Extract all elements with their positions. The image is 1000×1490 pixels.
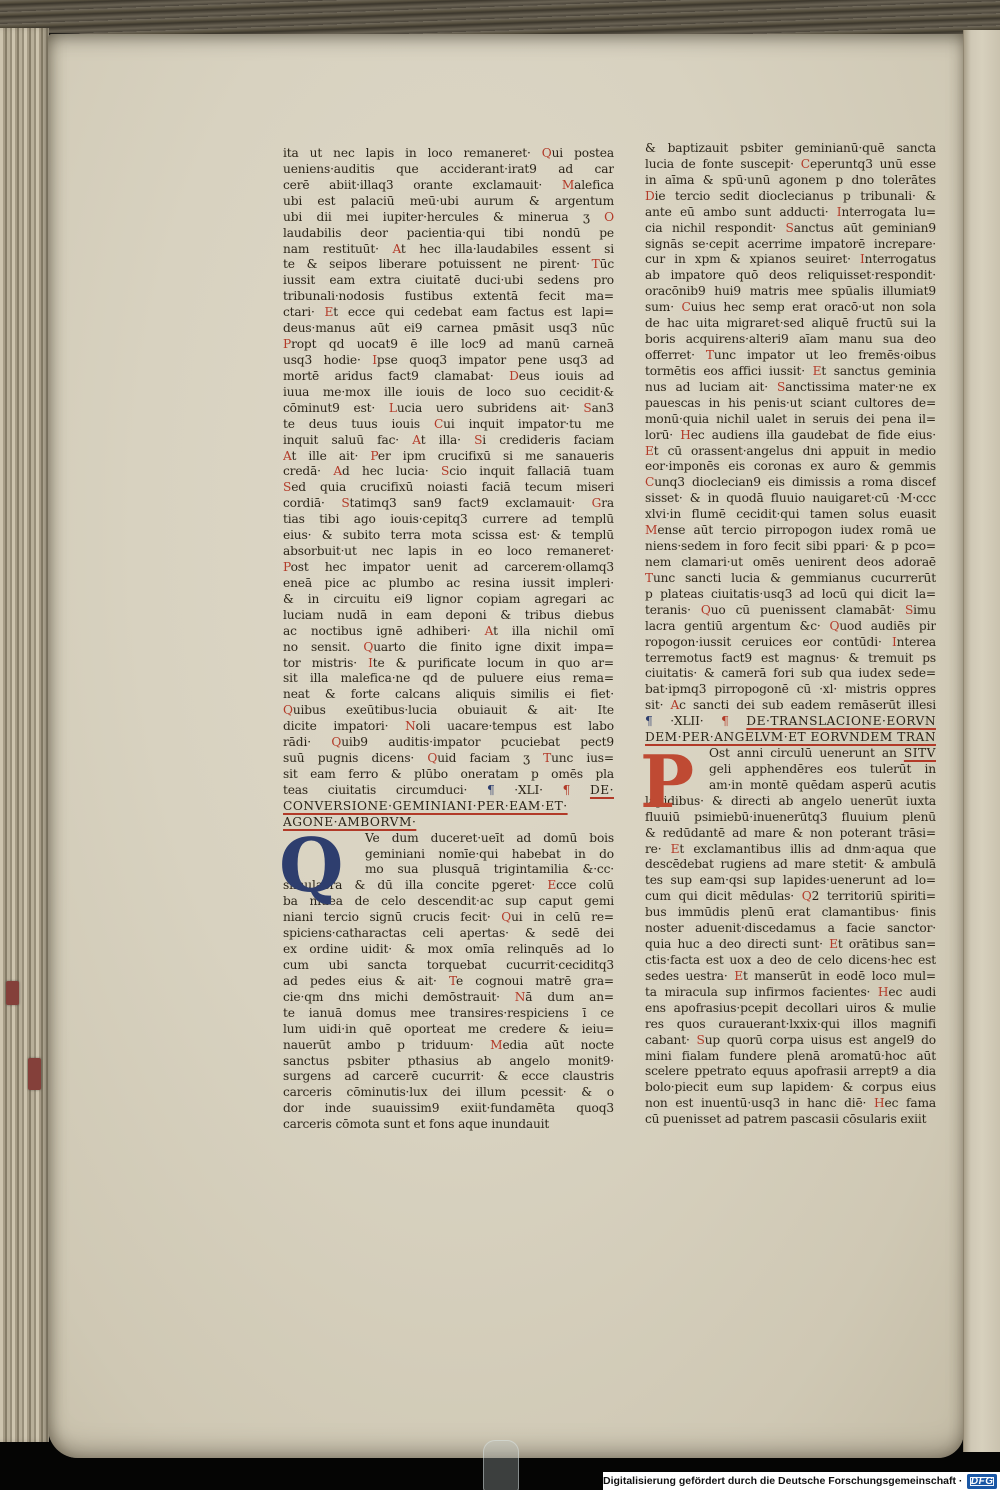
text-line: Tunc sancti lucia & gemmianus cucurrerūt — [645, 571, 936, 587]
body-text: cū puenisset ad patrem pascasii cōsulari… — [645, 1112, 926, 1126]
body-text: ec fama — [885, 1096, 937, 1110]
text-line: Post hec impator uenit ad carcerem·ollam… — [283, 560, 614, 576]
body-text: eperuntq3 unū esse — [810, 157, 936, 171]
rubric-text: T — [592, 257, 600, 271]
body-text: inquit saluū fac· — [283, 433, 412, 447]
chapter-heading-text: CONVERSIONE·GEMINIANI·PER·EAM·ET· — [283, 799, 568, 813]
text-line: cum qui dicit mēdulas· Q2 territoriū spi… — [645, 889, 936, 905]
rubric-text: M — [645, 523, 657, 537]
rubric-text: P — [283, 560, 291, 574]
body-text: nterrogatus — [865, 252, 936, 266]
body-text: ec audiens illa gaudebat de fide eius· — [691, 428, 936, 442]
rubric-text: Q — [427, 751, 437, 765]
body-text: t ille ait· — [291, 449, 370, 463]
body-text: te & seipos liberare potuissent ne piren… — [283, 257, 592, 271]
body-text: quia huc a deo directi sunt· — [645, 937, 829, 951]
text-line: te & seipos liberare potuissent ne piren… — [283, 257, 614, 273]
illuminated-initial-q: Q — [279, 838, 343, 896]
text-line: lacra gentiū argentum &c· Quod audiēs pi… — [645, 619, 936, 635]
text-line: iuua me·mox ille iouis de loco suo cecid… — [283, 385, 614, 401]
text-line: cum ubi sancta torquebat cucurrit·cecidi… — [283, 958, 614, 974]
body-text: sedes uestra· — [645, 969, 734, 983]
rubric-text: N — [515, 990, 526, 1004]
body-text: luciam nudā in eam deponi & tribus diebu… — [283, 608, 614, 622]
body-text: nauerūt ambo p triduum· — [283, 1038, 490, 1052]
body-text: cabant· — [645, 1033, 697, 1047]
text-line: spiciens·catharactas celi apertas· & sed… — [283, 926, 614, 942]
body-text: terremotus fact9 est magnus· & tremuit p… — [645, 651, 936, 665]
body-text: & baptizauit psbiter geminianū·quē sanct… — [645, 141, 936, 155]
body-text: edia aūt nocte — [502, 1038, 614, 1052]
body-text: oracōnib9 hui9 matris mee spūalis illumi… — [645, 284, 936, 298]
text-line: Quibus exeūtibus·lucia obuiauit & ait· I… — [283, 703, 614, 719]
rubric-text: S — [441, 464, 449, 478]
rubric-text: Q — [802, 889, 812, 903]
rubric-text: S — [777, 380, 785, 394]
rubric-text: H — [680, 428, 690, 442]
body-text: t hec illa·laudabiles essent si — [401, 242, 614, 256]
rubric-text: H — [874, 1096, 884, 1110]
rubric-text: N — [405, 719, 416, 733]
text-line: cordiā· Statimq3 san9 fact9 exclamauit· … — [283, 496, 614, 512]
text-line: eor·imponēs eis coronas ex auro & gemmis — [645, 459, 936, 475]
rubric-text: A — [485, 624, 493, 638]
page-gutter — [963, 30, 1000, 1452]
body-text: & in circuitu ei9 lignor copiam agregari… — [283, 592, 614, 606]
text-line: dicite impatori· Noli uacare·tempus est … — [283, 719, 614, 735]
body-text: ui postea — [552, 146, 614, 160]
rubric-text: P — [370, 449, 378, 463]
body-text: tormētis eos affici iussit· — [645, 364, 813, 378]
body-text: ita ut nec lapis in loco remaneret· — [283, 146, 542, 160]
body-text: deus·manus aūt ei9 carnea pmāsit usq3 nū… — [283, 321, 614, 335]
text-line: Et cū orassent·angelus dni appuit in med… — [645, 444, 936, 460]
body-text: neat & forte calcans aliquis similis ei … — [283, 687, 614, 701]
text-line: ctis·facta est uox a deo de celo dicens·… — [645, 953, 936, 969]
body-text: e cognoui matrē gra= — [456, 974, 614, 988]
body-text: cio inquit fallaciā tuam — [449, 464, 614, 478]
text-line: in aīma & spū·unū agonem p dno tolerātes — [645, 173, 936, 189]
body-text: laudabilis deor pacientia·qui tibi nondū… — [283, 226, 614, 240]
body-text: ed quia crucifixū noiasti faciā tecum mi… — [291, 480, 614, 494]
body-text: descēdebat rugiens ad mare stetit· & amb… — [645, 857, 936, 871]
body-text: t ecce qui cedebat eam factus est lapi= — [333, 305, 614, 319]
body-text: ac noctibus ignē adhiberi· — [283, 624, 485, 638]
body-text: te & purificate locum in quo ar= — [373, 656, 614, 670]
body-text: ubi est palaciū meū·ubi aurum & argentum — [283, 194, 614, 208]
body-text: uarto die finito igne dixit impa= — [373, 640, 614, 654]
body-text: mini fialam fundere plenā aromatū·hoc aū… — [645, 1049, 936, 1063]
body-text: p plateas ciuitatis·usq3 ad locū qui dic… — [645, 587, 936, 601]
rubric-text: S — [905, 603, 913, 617]
rubric-text: E — [829, 937, 838, 951]
body-text: t manserūt in eodē loco mul= — [743, 969, 936, 983]
body-text: tribunali·nodosis fustibus extentā fecit… — [283, 289, 614, 303]
text-line: te ianuā domus mee transires·respiciens … — [283, 1006, 614, 1022]
text-line: deus·manus aūt ei9 carnea pmāsit usq3 nū… — [283, 321, 614, 337]
body-text: ta miracula sup infirmos facientes· — [645, 985, 878, 999]
body-text: sanctus psbiter pthasius ab angelo monit… — [283, 1054, 614, 1068]
body-text: cōminut9 est· — [283, 401, 389, 415]
chapter-heading-text: DE· — [590, 783, 614, 797]
body-text: cce colū — [556, 878, 614, 892]
body-text: scelere ppetrato equus apofrasii arrept9… — [645, 1064, 936, 1078]
text-line: ¶ ·XLII· ¶ DE·TRANSLACIONE·EORVN — [645, 714, 936, 730]
body-text: 2 territoriū spiriti= — [812, 889, 936, 903]
body-text: absorbuit·ut nec lapis in eo loco remane… — [283, 544, 614, 558]
body-text: niani tercio signū crucis fecit· — [283, 910, 501, 924]
rubric-text: C — [434, 417, 443, 431]
book-photo: ita ut nec lapis in loco remaneret· Qui … — [0, 0, 1000, 1490]
text-line: mini fialam fundere plenā aromatū·hoc aū… — [645, 1049, 936, 1065]
text-line: ubi est palaciū meū·ubi aurum & argentum — [283, 194, 614, 210]
rubric-text: ¶ — [721, 714, 746, 728]
rubric-text: Q — [331, 735, 341, 749]
text-line: sit illa malefica·ne qd de puluere eius … — [283, 671, 614, 687]
body-text: uo cū puenissent clamabāt· — [711, 603, 905, 617]
body-text: non est inuentū·usq3 in hanc diē· — [645, 1096, 874, 1110]
rubric-text: M — [562, 178, 574, 192]
rubric-text: Q — [829, 619, 839, 633]
pilcrow-mark: ¶ — [487, 783, 495, 797]
body-text: ūc — [600, 257, 614, 271]
body-text: ad pedes eius & ait· — [283, 974, 449, 988]
body-text: ropogon·iussit ceruices eor contūdi· — [645, 635, 892, 649]
body-text: t sanctus geminia — [821, 364, 936, 378]
text-line: sit eam ferro & plūbo oneratam p omēs pl… — [283, 767, 614, 783]
body-text: uib9 auditis·impator pcuciebat pect9 — [341, 735, 614, 749]
text-line: xlvi·in flumē cecidit·qui tamen solus eu… — [645, 507, 936, 523]
text-line: lucia de fonte suscepit· Ceperuntq3 unū … — [645, 157, 936, 173]
body-text: unq3 dioclecian9 eis dimissis a roma dis… — [654, 475, 936, 489]
text-line: laudabilis deor pacientia·qui tibi nondū… — [283, 226, 614, 242]
body-text: sum· — [645, 300, 681, 314]
text-line: boris acquirens·alteri9 aīam manu sua de… — [645, 332, 936, 348]
text-line: Propt qd uocat9 ē ille loc9 ad manū carn… — [283, 337, 614, 353]
body-text: cie·qm dns michi demōstrauit· — [283, 990, 515, 1004]
rubric-text: T — [449, 974, 456, 988]
body-text: ctis·facta est uox a deo de celo dicens·… — [645, 953, 936, 967]
text-line: credā· Ad hec lucia· Scio inquit fallaci… — [283, 464, 614, 480]
rubric-text: P — [283, 337, 291, 351]
rubric-text: C — [645, 475, 654, 489]
body-text: lacra gentiū argentum &c· — [645, 619, 829, 633]
rubric-text: H — [878, 985, 888, 999]
rubric-text: Q — [283, 703, 293, 717]
body-text: offerret· — [645, 348, 706, 362]
body-text: uius hec semp erat oracō·ut non sola — [691, 300, 936, 314]
rubric-text: T — [706, 348, 714, 362]
body-text: de hac uita migraret·sed aliquē fructū s… — [645, 316, 936, 330]
rubric-text: O — [604, 210, 614, 224]
body-text: no sensit. — [283, 640, 363, 654]
text-line: lum uidi·in quē oporteat me credere & ie… — [283, 1022, 614, 1038]
text-line: surgens ad carcerē cucurrit· & ecce clau… — [283, 1069, 614, 1085]
text-line: ubi dii mei iupiter·hercules & minerua ʒ… — [283, 210, 614, 226]
body-text: oli uacare·tempus est labo — [416, 719, 614, 733]
rubric-text: E — [645, 444, 654, 458]
dfg-credit-bar: Digitalisierung gefördert durch die Deut… — [603, 1472, 1000, 1490]
text-line: nauerūt ambo p triduum· Media aūt nocte — [283, 1038, 614, 1054]
body-text: imu — [913, 603, 936, 617]
rubric-text: S — [283, 480, 291, 494]
body-text: alefica — [574, 178, 614, 192]
body-text: res quos curauerant·lxxix·qui illos magn… — [645, 1017, 936, 1031]
body-text: credā· — [283, 464, 333, 478]
dfg-credit-text: Digitalisierung gefördert durch die Deut… — [603, 1475, 962, 1487]
text-column-right: & baptizauit psbiter geminianū·quē sanct… — [645, 141, 936, 1128]
body-text: spiciens·catharactas celi apertas· & sed… — [283, 926, 614, 940]
text-line: Sed quia crucifixū noiasti faciā tecum m… — [283, 480, 614, 496]
rubric-text: A — [333, 464, 342, 478]
text-line: ac noctibus ignē adhiberi· At illa nichi… — [283, 624, 614, 640]
text-line: sum· Cuius hec semp erat oracō·ut non so… — [645, 300, 936, 316]
body-text: suū pugnis dicens· — [283, 751, 427, 765]
body-text: mo sua plusquā trigintamilia &·cc· — [365, 862, 614, 876]
text-line: dor inde suauissim9 exiit·fundamēta quoq… — [283, 1101, 614, 1117]
body-text: carceris cōminutis·lux dei illum pcessit… — [283, 1085, 614, 1099]
text-line: sanctus psbiter pthasius ab angelo monit… — [283, 1054, 614, 1070]
pilcrow-mark: ¶ — [645, 714, 653, 728]
body-text: signās se·cepit acerrime impatorē increp… — [645, 237, 936, 251]
body-text: ·XLII· — [653, 714, 721, 728]
text-line: non est inuentū·usq3 in hanc diē· Hec fa… — [645, 1096, 936, 1112]
text-line: Cunq3 dioclecian9 eis dimissis a roma di… — [645, 475, 936, 491]
body-text: ens apofrasius·pcepit decollari uiros & … — [645, 1001, 936, 1015]
body-text: er ipm crucifixū si me sanaueris — [378, 449, 614, 463]
text-line: cia nichil respondit· Sanctus aūt gemini… — [645, 221, 936, 237]
edge-rubric-mark — [6, 981, 19, 1005]
body-text: ante eū ambo sunt adducti· — [645, 205, 837, 219]
text-line: quia huc a deo directi sunt· Et orātibus… — [645, 937, 936, 953]
body-text: bat·ipmq3 pirropogonē cū ·xl· mistris op… — [645, 682, 936, 696]
text-line: niani tercio signū crucis fecit· Qui in … — [283, 910, 614, 926]
text-line: pauescas in his penis·ut sciant cultores… — [645, 396, 936, 412]
body-text: ctari· — [283, 305, 325, 319]
body-text: Ost anni circulū uenerunt an — [709, 746, 904, 760]
body-text: geminiani nomīe·qui habebat in do — [365, 847, 614, 861]
body-text: monū·quia nichil ualet in seruis dei pen… — [645, 412, 936, 426]
body-text: teranis· — [645, 603, 701, 617]
text-line: nem clamari·ut omēs uenirent deos adoraē — [645, 555, 936, 571]
body-text: re· — [645, 842, 671, 856]
text-line: tias tibi ago iouis·cepitq3 currere ad t… — [283, 512, 614, 528]
text-line: iussit eam extra ciuitatē duci·ubi seden… — [283, 273, 614, 289]
text-line: sisset· & in quodā fluuio nauigaret·cū ·… — [645, 491, 936, 507]
body-text: cum qui dicit mēdulas· — [645, 889, 802, 903]
body-text: ui inquit impator·tu me — [443, 417, 614, 431]
rubric-text: Q — [542, 146, 552, 160]
body-text: ab impatore quō deos reliquisset·respond… — [645, 268, 936, 282]
rubric-text: S — [786, 221, 794, 235]
text-line: neat & forte calcans aliquis similis ei … — [283, 687, 614, 703]
body-text: Ve dum duceret·ueīt ad domū bois — [365, 831, 614, 845]
text-line: bolo·piecit eum sup lapidem· & corpus ei… — [645, 1080, 936, 1096]
body-text: nterrogata lu= — [841, 205, 936, 219]
text-line: te deus tuus iouis Cui inquit impator·tu… — [283, 417, 614, 433]
body-text: dor inde suauissim9 exiit·fundamēta quoq… — [283, 1101, 614, 1115]
text-line: ctari· Et ecce qui cedebat eam factus es… — [283, 305, 614, 321]
text-line: niens·sedem in foro fecit sibi ppari· & … — [645, 539, 936, 555]
body-text: rādi· — [283, 735, 331, 749]
body-text: pse quoq3 impator pene usq3 ad — [377, 353, 614, 367]
text-line: ita ut nec lapis in loco remaneret· Qui … — [283, 146, 614, 162]
body-text: eneā pice ac plumbo ac resina iussit imp… — [283, 576, 614, 590]
text-line: re· Et exclamantibus illis ad dnm·aqua q… — [645, 842, 936, 858]
body-text: t orātibus san= — [838, 937, 936, 951]
text-line: offerret· Tunc impator ut leo fremēs·oib… — [645, 348, 936, 364]
rubric-text: E — [547, 878, 556, 892]
body-text: d hec lucia· — [342, 464, 441, 478]
rubric-text: T — [543, 751, 551, 765]
text-line: eneā pice ac plumbo ac resina iussit imp… — [283, 576, 614, 592]
text-line: luciam nudā in eam deponi & tribus diebu… — [283, 608, 614, 624]
body-text: bolo·piecit eum sup lapidem· & corpus ei… — [645, 1080, 936, 1094]
text-line: & baptizauit psbiter geminianū·quē sanct… — [645, 141, 936, 157]
body-text: nam restituūt· — [283, 242, 392, 256]
body-text: cerē abiit·illaq3 orante exclamauit· — [283, 178, 562, 192]
text-line: terremotus fact9 est magnus· & tremuit p… — [645, 651, 936, 667]
rubric-text: ¶ — [563, 783, 590, 797]
body-text: te deus tuus iouis — [283, 417, 434, 431]
body-text: noster aduenit·discedamus a facie sancto… — [645, 921, 936, 935]
text-line: de hac uita migraret·sed aliquē fructū s… — [645, 316, 936, 332]
rubric-text: L — [389, 401, 397, 415]
body-text: sisset· & in quodā fluuio nauigaret·cū ·… — [645, 491, 936, 505]
text-line: cōminut9 est· Lucia uero subridens ait· … — [283, 401, 614, 417]
body-text: eor·imponēs eis coronas ex auro & gemmis — [645, 459, 936, 473]
body-text: cia nichil respondit· — [645, 221, 786, 235]
text-line: p plateas ciuitatis·usq3 ad locū qui dic… — [645, 587, 936, 603]
body-text: anctissima mater·ne ex — [785, 380, 936, 394]
body-text: nus ad luciam ait· — [645, 380, 777, 394]
body-text: niens·sedem in foro fecit sibi ppari· & … — [645, 539, 936, 553]
rubric-text: Q — [701, 603, 711, 617]
body-text: geli apphendēres eos tulerūt in sicili= — [709, 762, 936, 778]
body-text: ec audi — [888, 985, 936, 999]
text-line: nam restituūt· At hec illa·laudabiles es… — [283, 242, 614, 258]
body-text: anctus aūt geminian9 — [794, 221, 936, 235]
body-text: unc sancti lucia & gemmianus cucurrerūt — [653, 571, 936, 585]
rubric-text: A — [412, 433, 420, 447]
body-text: lucia de fonte suscepit· — [645, 157, 801, 171]
body-text: xlvi·in flumē cecidit·qui tamen solus eu… — [645, 507, 936, 521]
body-text: dicite impatori· — [283, 719, 405, 733]
text-line: lorū· Hec audiens illa gaudebat de fide … — [645, 428, 936, 444]
body-text: iussit eam extra ciuitatē duci·ubi seden… — [283, 273, 614, 287]
body-text: usq3 hodie· — [283, 353, 372, 367]
body-text: teas ciuitatis circumduci· — [283, 783, 487, 797]
text-line: nus ad luciam ait· Sanctissima mater·ne … — [645, 380, 936, 396]
text-line: tribunali·nodosis fustibus extentā fecit… — [283, 289, 614, 305]
rubric-text: D — [645, 189, 655, 203]
fore-edge-leaf-stack — [0, 28, 49, 1442]
body-text: surgens ad carcerē cucurrit· & ecce clau… — [283, 1069, 614, 1083]
body-text: unc ius= — [551, 751, 614, 765]
text-line: signās se·cepit acerrime impatorē increp… — [645, 237, 936, 253]
body-text: iuua me·mox ille iouis de loco suo cecid… — [283, 385, 614, 399]
body-text: uod audiēs pir — [839, 619, 936, 633]
rubric-text: S — [583, 401, 591, 415]
text-line: usq3 hodie· Ipse quoq3 impator pene usq3… — [283, 353, 614, 369]
rubric-text: A — [392, 242, 400, 256]
body-text: up quorū corpa uisus est angel9 do — [705, 1033, 936, 1047]
text-line: mortē aridus fact9 clamabat· Deus iouis … — [283, 369, 614, 385]
text-line: noster aduenit·discedamus a facie sancto… — [645, 921, 936, 937]
text-line: tormētis eos affici iussit· Et sanctus g… — [645, 364, 936, 380]
body-text: nem clamari·ut omēs uenirent deos adoraē — [645, 555, 936, 569]
page-holder-clip — [483, 1440, 519, 1490]
body-text: & redūdantē ad mare & non poterant trāsi… — [645, 826, 936, 840]
text-line: rādi· Quib9 auditis·impator pcuciebat pe… — [283, 735, 614, 751]
text-line: eius· & subito terra mota scissa est· & … — [283, 528, 614, 544]
body-text: mortē aridus fact9 clamabat· — [283, 369, 509, 383]
text-line: cur in xpm & xpianos seuiret· Interrogat… — [645, 252, 936, 268]
text-line: absorbuit·ut nec lapis in eo loco remane… — [283, 544, 614, 560]
rubric-text: C — [801, 157, 810, 171]
rubric-text: A — [671, 698, 680, 712]
body-text: unc impator ut leo fremēs·oibus — [714, 348, 936, 362]
text-line: Mense aūt tercio pirropogon iudex romā u… — [645, 523, 936, 539]
text-line: suū pugnis dicens· Quid faciam ʒ Tunc iu… — [283, 751, 614, 767]
chapter-heading-text: DE·TRANSLACIONE·EORVN — [746, 714, 936, 728]
body-text: ie tercio sedit dioclecianus p tribunali… — [655, 189, 936, 203]
text-line: oracōnib9 hui9 matris mee spūalis illumi… — [645, 284, 936, 300]
body-text: ubi dii mei iupiter·hercules & minerua ʒ — [283, 210, 604, 224]
text-line: teas ciuitatis circumduci· ¶ ·XLI· ¶ DE· — [283, 783, 614, 799]
rubric-text: C — [681, 300, 690, 314]
body-text: ropt qd uocat9 ē ille loc9 ad manū carne… — [291, 337, 614, 351]
text-line: At ille ait· Per ipm crucifixū si me san… — [283, 449, 614, 465]
body-text: ucia uero subridens ait· — [397, 401, 584, 415]
text-line: ad pedes eius & ait· Te cognoui matrē gr… — [283, 974, 614, 990]
text-column-left: ita ut nec lapis in loco remaneret· Qui … — [283, 146, 614, 1133]
body-text: eus iouis ad — [519, 369, 614, 383]
body-text: sit illa malefica·ne qd de puluere eius … — [283, 671, 614, 685]
body-text: ra — [601, 496, 614, 510]
body-text: ost hec impator uenit ad carcerem·ollamq… — [291, 560, 614, 574]
chapter-heading-text: SITV — [904, 746, 936, 760]
rubric-text: E — [734, 969, 743, 983]
rubric-text: Q — [363, 640, 373, 654]
rubric-text: M — [490, 1038, 502, 1052]
rubric-text: E — [325, 305, 334, 319]
text-line: res quos curauerant·lxxix·qui illos magn… — [645, 1017, 936, 1033]
text-line: cerē abiit·illaq3 orante exclamauit· Mal… — [283, 178, 614, 194]
text-line: ciuitatis· & camerā fori sub qua iudex s… — [645, 666, 936, 682]
text-line: cabant· Sup quorū corpa uisus est angel9… — [645, 1033, 936, 1049]
body-text: ueniens·auditis que acciderant·irat9 ad … — [283, 162, 614, 176]
rubric-text: Q — [501, 910, 511, 924]
text-line: ante eū ambo sunt adducti· Interrogata l… — [645, 205, 936, 221]
body-text: tes sup eam·qsi sup lapides·uenerunt ad … — [645, 873, 936, 887]
text-line: carceris cōminutis·lux dei illum pcessit… — [283, 1085, 614, 1101]
body-text: uibus exeūtibus·lucia obuiauit & ait· It… — [293, 703, 614, 717]
text-line: ropogon·iussit ceruices eor contūdi· Int… — [645, 635, 936, 651]
dfg-logo: DFG — [967, 1474, 997, 1489]
text-line: ueniens·auditis que acciderant·irat9 ad … — [283, 162, 614, 178]
text-line: bus immūdis plenū erat clamantibus· fini… — [645, 905, 936, 921]
body-text: ex ordine uidit· & mox omīa relinquēs ad… — [283, 942, 614, 956]
rubric-text: S — [697, 1033, 705, 1047]
body-text: ā dum an= — [525, 990, 614, 1004]
text-line: ta miracula sup infirmos facientes· Hec … — [645, 985, 936, 1001]
body-text: an3 — [592, 401, 614, 415]
body-text: ense aūt tercio pirropogon iudex romā ue — [657, 523, 936, 537]
body-text: boris acquirens·alteri9 aīam manu sua de… — [645, 332, 936, 346]
body-text: t illa nichil omī — [493, 624, 614, 638]
text-line: Die tercio sedit dioclecianus p tribunal… — [645, 189, 936, 205]
